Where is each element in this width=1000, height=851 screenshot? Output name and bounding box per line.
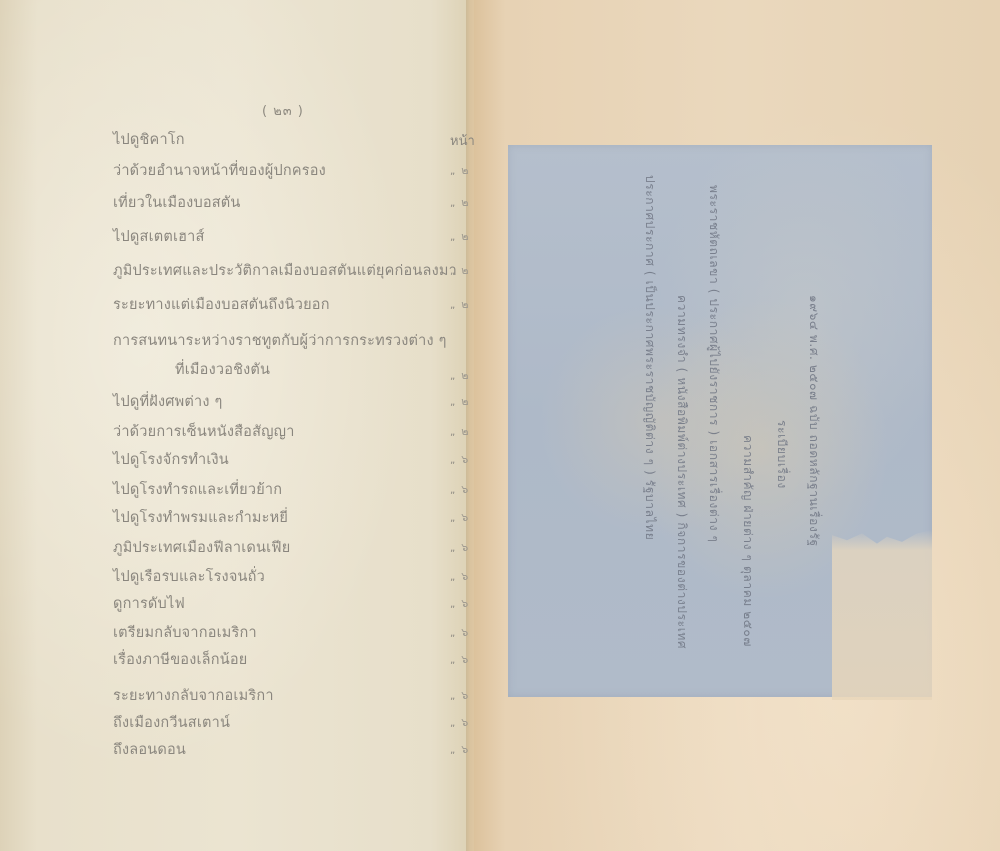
page-num: ๖ xyxy=(461,743,468,756)
ditto-mark: „ xyxy=(450,166,455,177)
toc-entry-page: หน้า xyxy=(450,130,475,151)
toc-entry-title: ถึงเมืองกวีนสเตาน์ xyxy=(113,711,230,734)
slip-line: ระเบียบเรื่อง xyxy=(772,420,792,620)
page-num: ๖ xyxy=(461,716,468,729)
ditto-mark: „ xyxy=(450,371,455,382)
page-prefix: หน้า xyxy=(450,134,475,149)
toc-entry: ถึงเมืองกวีนสเตาน์ „๖ xyxy=(113,711,463,735)
slip-line: ความสำคัญ ฝ่ายต่าง ๆ ตุลาคม ๒๕๐๗ xyxy=(738,435,758,695)
toc-entry: ว่าด้วยการเซ็นหนังสือสัญญา „๒ xyxy=(113,420,463,444)
toc-entry: ไปดูโรงทำรถและเที่ยวย้าก „๖ xyxy=(113,478,463,502)
page-num: ๖ xyxy=(461,483,468,496)
toc-entry-page: „๖ xyxy=(450,740,468,758)
ditto-mark: „ xyxy=(450,266,455,277)
toc-entry: ถึงลอนดอน „๖ xyxy=(113,738,463,762)
toc-entry-page: „๖ xyxy=(450,450,468,468)
toc-entry-page: „๖ xyxy=(450,594,468,612)
page-num: ๖ xyxy=(461,626,468,639)
toc-entry-page: „๖ xyxy=(450,508,468,526)
toc-entry-page: „๖ xyxy=(450,650,468,668)
page-num: ๖ xyxy=(461,453,468,466)
ditto-mark: „ xyxy=(450,427,455,438)
toc-entry: ว่าด้วยอำนาจหน้าที่ของผู้ปกครอง „๒ xyxy=(113,159,463,183)
ditto-mark: „ xyxy=(450,691,455,702)
page-num: ๒ xyxy=(461,395,468,408)
ditto-mark: „ xyxy=(450,232,455,243)
toc-entry-page: „๖ xyxy=(450,567,468,585)
toc-entry: ไปดูที่ฝังศพต่าง ๆ „๒ xyxy=(113,390,463,414)
toc-entry-page: „๒ xyxy=(450,295,468,313)
toc-entry: เที่ยวในเมืองบอสตัน „๒ xyxy=(113,191,463,215)
toc-entry-title: ถึงลอนดอน xyxy=(113,738,186,761)
ditto-mark: „ xyxy=(450,655,455,666)
page-num: ๖ xyxy=(461,597,468,610)
toc-entry: เรื่องภาษีของเล็กน้อย „๖ xyxy=(113,648,463,672)
slip-line: ประกาศประกาศ ( เป็นประกาศพระราชบัญญัติต่… xyxy=(640,175,660,685)
ditto-mark: „ xyxy=(450,543,455,554)
ditto-mark: „ xyxy=(450,572,455,583)
toc-entry-title: เที่ยวในเมืองบอสตัน xyxy=(113,191,241,214)
toc-entry-title: เรื่องภาษีของเล็กน้อย xyxy=(113,648,247,671)
page-num: ๒ xyxy=(461,298,468,311)
ditto-mark: „ xyxy=(450,198,455,209)
ditto-mark: „ xyxy=(450,513,455,524)
toc-entry: ไปดูเรือรบและโรงจนถั่ว „๖ xyxy=(113,565,463,589)
toc-entry-page: „๖ xyxy=(450,713,468,731)
toc-entry-page: „๖ xyxy=(450,480,468,498)
toc-entry: ไปดูสเตตเฮาส์ „๒ xyxy=(113,225,463,249)
toc-entry-title: เตรียมกลับจากอเมริกา xyxy=(113,621,257,644)
slip-line: พระราชหัตถเลขา ( ประกาศผู้ไปยังราชการ ) … xyxy=(704,185,724,685)
toc-entry-title: ว่าด้วยอำนาจหน้าที่ของผู้ปกครอง xyxy=(113,159,326,182)
toc-entry: ไปดูโรงทำพรมและกำมะหยี่ „๖ xyxy=(113,506,463,530)
toc-entry: ที่เมืองวอชิงตัน „๒ xyxy=(113,358,463,382)
page-num: ๖ xyxy=(461,541,468,554)
page-number: ( ๒๓ ) xyxy=(262,100,304,121)
page-num: ๒ xyxy=(461,264,468,277)
ditto-mark: „ xyxy=(450,397,455,408)
toc-entry-title: ไปดูสเตตเฮาส์ xyxy=(113,225,205,248)
ditto-mark: „ xyxy=(450,455,455,466)
slip-line: ความทรงจำ ( หนังสือพิมพ์ต่างประเทศ ) กิจ… xyxy=(672,295,692,685)
toc-entry: ภูมิประเทศเมืองฟีลาเดนเฟีย „๖ xyxy=(113,536,463,560)
toc-entry: ภูมิประเทศและประวัติกาลเมืองบอสตันแต่ยุค… xyxy=(113,259,463,283)
toc-entry-title: ภูมิประเทศและประวัติกาลเมืองบอสตันแต่ยุค… xyxy=(113,259,457,282)
toc-entry: การสนทนาระหว่างราชทูตกับผู้ว่าการกระทรวง… xyxy=(113,329,463,353)
toc-entry-title: ดูการดับไฟ xyxy=(113,592,185,615)
toc-entry-title: ไปดูเรือรบและโรงจนถั่ว xyxy=(113,565,265,588)
book-spread: ( ๒๓ ) ไปดูชิคาโก หน้า ว่าด้วยอำนาจหน้าท… xyxy=(0,0,1000,851)
toc-entry: ระยะทางแต่เมืองบอสตันถึงนิวยอก „๒ xyxy=(113,293,463,317)
toc-entry-title: ไปดูโรงทำพรมและกำมะหยี่ xyxy=(113,506,288,529)
page-num: ๒ xyxy=(461,369,468,382)
toc-entry: ระยะทางกลับจากอเมริกา „๖ xyxy=(113,684,463,708)
toc-entry-page: „๒ xyxy=(450,161,468,179)
page-num: ๖ xyxy=(461,570,468,583)
toc-entry: ดูการดับไฟ „๖ xyxy=(113,592,463,616)
toc-entry-title: ไปดูโรงจักรทำเงิน xyxy=(113,448,229,471)
toc-entry-title: ไปดูชิคาโก xyxy=(113,128,185,151)
ditto-mark: „ xyxy=(450,745,455,756)
ditto-mark: „ xyxy=(450,718,455,729)
toc-entry-page: „๒ xyxy=(450,422,468,440)
toc-entry-title: ระยะทางแต่เมืองบอสตันถึงนิวยอก xyxy=(113,293,330,316)
toc-entry-title: การสนทนาระหว่างราชทูตกับผู้ว่าการกระทรวง… xyxy=(113,329,447,352)
toc-entry-page: „๒ xyxy=(450,392,468,410)
toc-entry-page: „๖ xyxy=(450,686,468,704)
page-num: ๖ xyxy=(461,653,468,666)
torn-slip-corner xyxy=(832,530,932,700)
page-num: ๒ xyxy=(461,425,468,438)
toc-entry-title: ที่เมืองวอชิงตัน xyxy=(175,358,270,381)
toc-entry-title: ว่าด้วยการเซ็นหนังสือสัญญา xyxy=(113,420,295,443)
toc-entry-page: „๒ xyxy=(450,193,468,211)
page-num: ๒ xyxy=(461,196,468,209)
toc-entry-title: ไปดูโรงทำรถและเที่ยวย้าก xyxy=(113,478,282,501)
ditto-mark: „ xyxy=(450,599,455,610)
page-num: ๖ xyxy=(461,511,468,524)
page-num: ๒ xyxy=(461,164,468,177)
toc-entry-page: „๖ xyxy=(450,623,468,641)
toc-entry-title: ไปดูที่ฝังศพต่าง ๆ xyxy=(113,390,222,413)
toc-entry: ไปดูโรงจักรทำเงิน „๖ xyxy=(113,448,463,472)
toc-entry-page: „๖ xyxy=(450,538,468,556)
ditto-mark: „ xyxy=(450,485,455,496)
toc-entry: ไปดูชิคาโก หน้า xyxy=(113,128,463,152)
slip-line: ๑๙๖๔ พ.ศ. ๒๕๐๗ ฉบับ ถอดหลักฐานเรื่องรัฐ xyxy=(804,295,824,675)
toc-entry-page: „๒ xyxy=(450,366,468,384)
ditto-mark: „ xyxy=(450,628,455,639)
toc-entry-page: „๒ xyxy=(450,227,468,245)
page-num: ๒ xyxy=(461,230,468,243)
toc-entry: เตรียมกลับจากอเมริกา „๖ xyxy=(113,621,463,645)
ditto-mark: „ xyxy=(450,300,455,311)
toc-entry-title: ภูมิประเทศเมืองฟีลาเดนเฟีย xyxy=(113,536,290,559)
page-num: ๖ xyxy=(461,689,468,702)
toc-entry-title: ระยะทางกลับจากอเมริกา xyxy=(113,684,274,707)
toc-entry-page: „๒ xyxy=(450,261,468,279)
